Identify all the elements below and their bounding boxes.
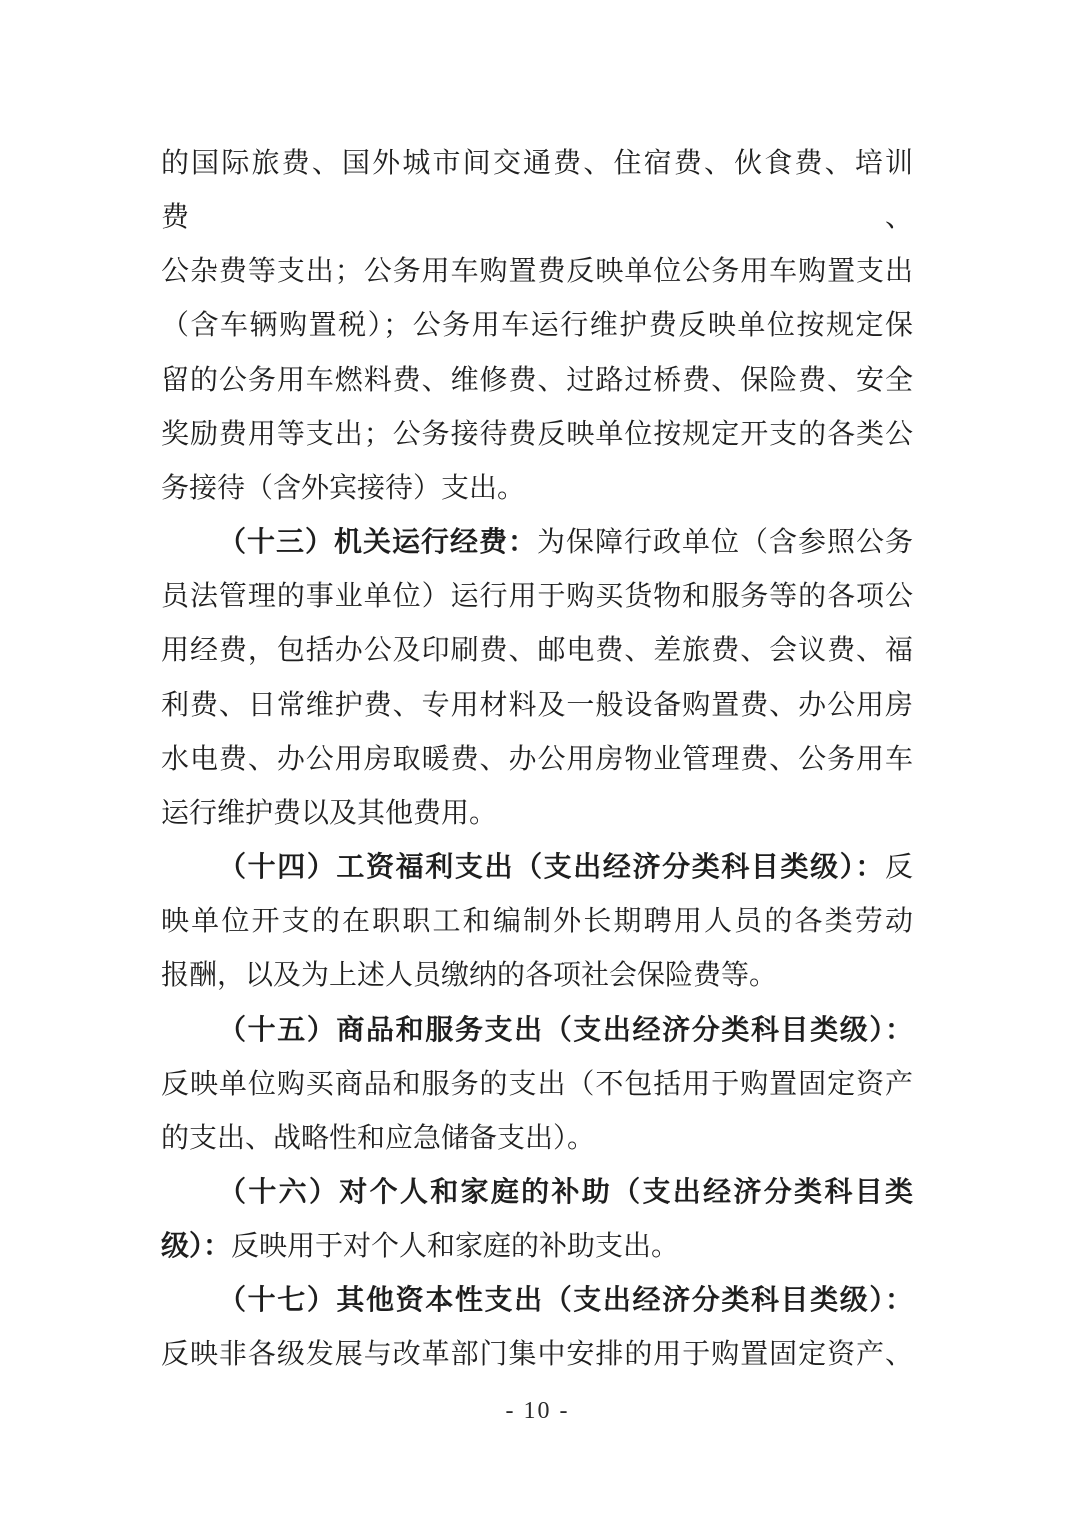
text-line: 员法管理的事业单位）运行用于购买货物和服务等的各项公 — [161, 570, 913, 624]
term-heading-run: （十七）其他资本性支出（支出经济分类科目类级）： — [218, 1285, 913, 1316]
text-line: （含车辆购置税）；公务用车运行维护费反映单位按规定保 — [161, 299, 913, 353]
text-run: 运行维护费以及其他费用。 — [161, 798, 497, 829]
text-run: 员法管理的事业单位）运行用于购买货物和服务等的各项公 — [161, 581, 913, 612]
text-run: 的支出、战略性和应急储备支出）。 — [161, 1123, 595, 1154]
text-run: 奖励费用等支出；公务接待费反映单位按规定开支的各类公 — [161, 419, 913, 450]
text-line: 报酬，以及为上述人员缴纳的各项社会保险费等。 — [161, 949, 913, 1003]
term-heading-run: （十三）机关运行经费： — [218, 527, 537, 558]
text-line: 务接待（含外宾接待）支出。 — [161, 462, 913, 516]
text-run: 报酬，以及为上述人员缴纳的各项社会保险费等。 — [161, 960, 777, 991]
text-line: （十五）商品和服务支出（支出经济分类科目类级）： — [161, 1004, 913, 1058]
text-line: 利费、日常维护费、专用材料及一般设备购置费、办公用房 — [161, 679, 913, 733]
text-run: 用经费，包括办公及印刷费、邮电费、差旅费、会议费、福 — [161, 635, 913, 666]
text-line: 水电费、办公用房取暖费、办公用房物业管理费、公务用车 — [161, 733, 913, 787]
text-line: （十六）对个人和家庭的补助（支出经济分类科目类 — [161, 1166, 913, 1220]
text-run: 务接待（含外宾接待）支出。 — [161, 473, 525, 504]
text-line: 运行维护费以及其他费用。 — [161, 787, 913, 841]
term-heading-run: （十六）对个人和家庭的补助（支出经济分类科目类 — [218, 1177, 913, 1208]
text-run: 反映单位购买商品和服务的支出（不包括用于购置固定资产 — [161, 1069, 913, 1100]
page-number: - 10 - — [506, 1398, 570, 1424]
text-run: （含车辆购置税）；公务用车运行维护费反映单位按规定保 — [161, 310, 913, 341]
text-line: 奖励费用等支出；公务接待费反映单位按规定开支的各类公 — [161, 408, 913, 462]
text-run: 利费、日常维护费、专用材料及一般设备购置费、办公用房 — [161, 690, 913, 721]
text-line: 用经费，包括办公及印刷费、邮电费、差旅费、会议费、福 — [161, 624, 913, 678]
text-line: 反映单位购买商品和服务的支出（不包括用于购置固定资产 — [161, 1058, 913, 1112]
text-run: 留的公务用车燃料费、维修费、过路过桥费、保险费、安全 — [161, 365, 913, 396]
text-line: 反映非各级发展与改革部门集中安排的用于购置固定资产、 — [161, 1328, 913, 1382]
text-run: 的国际旅费、国外城市间交通费、住宿费、伙食费、培训费、 — [161, 148, 913, 233]
text-line: 的支出、战略性和应急储备支出）。 — [161, 1112, 913, 1166]
text-run: 反 — [885, 852, 913, 883]
text-run: 为保障行政单位（含参照公务 — [537, 527, 913, 558]
text-run: 水电费、办公用房取暖费、办公用房物业管理费、公务用车 — [161, 744, 913, 775]
text-run: 反映非各级发展与改革部门集中安排的用于购置固定资产、 — [161, 1339, 913, 1370]
text-run: 公杂费等支出；公务用车购置费反映单位公务用车购置支出 — [161, 256, 913, 287]
text-line: 映单位开支的在职职工和编制外长期聘用人员的各类劳动 — [161, 895, 913, 949]
term-heading-run: （十四）工资福利支出（支出经济分类科目类级）： — [218, 852, 885, 883]
term-heading-run: 级）： — [161, 1231, 231, 1262]
text-run: 反映用于对个人和家庭的补助支出。 — [231, 1231, 679, 1262]
document-body: 的国际旅费、国外城市间交通费、住宿费、伙食费、培训费、公杂费等支出；公务用车购置… — [161, 137, 913, 1383]
text-run: 映单位开支的在职职工和编制外长期聘用人员的各类劳动 — [161, 906, 913, 937]
text-line: （十七）其他资本性支出（支出经济分类科目类级）： — [161, 1274, 913, 1328]
text-line: 的国际旅费、国外城市间交通费、住宿费、伙食费、培训费、 — [161, 137, 913, 245]
text-line: 级）：反映用于对个人和家庭的补助支出。 — [161, 1220, 913, 1274]
text-line: （十四）工资福利支出（支出经济分类科目类级）：反 — [161, 841, 913, 895]
term-heading-run: （十五）商品和服务支出（支出经济分类科目类级）： — [218, 1015, 913, 1046]
text-line: 留的公务用车燃料费、维修费、过路过桥费、保险费、安全 — [161, 354, 913, 408]
document-page: 的国际旅费、国外城市间交通费、住宿费、伙食费、培训费、公杂费等支出；公务用车购置… — [0, 0, 1075, 1520]
text-line: （十三）机关运行经费：为保障行政单位（含参照公务 — [161, 516, 913, 570]
text-line: 公杂费等支出；公务用车购置费反映单位公务用车购置支出 — [161, 245, 913, 299]
page-footer: - 10 - — [0, 1398, 1075, 1425]
